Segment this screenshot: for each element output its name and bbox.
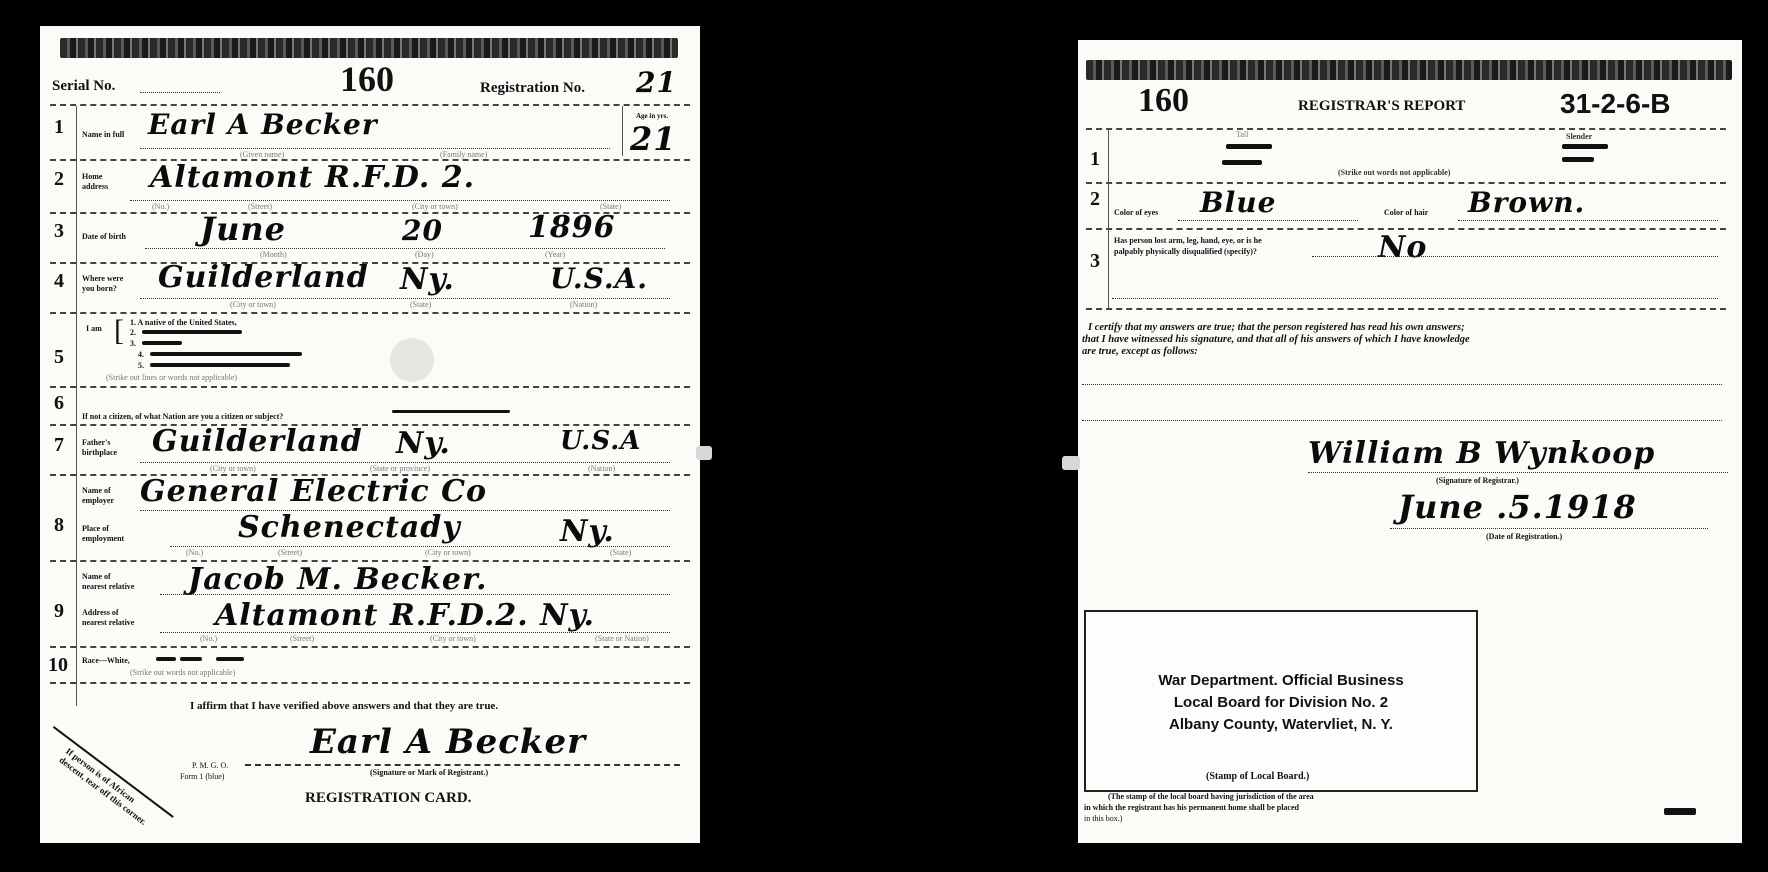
registration-card-front: Serial No. 160 Registration No. 21 1 Nam… xyxy=(40,26,700,843)
birth-day-value: 20 xyxy=(402,214,443,247)
employer-value: General Electric Co xyxy=(140,474,487,509)
disability-dots-2 xyxy=(1112,298,1718,299)
ink-mark xyxy=(1664,808,1696,815)
state-caption: (State or province) xyxy=(370,464,430,473)
strike-out-note: (Strike out words not applicable) xyxy=(1338,168,1450,177)
father-birth-city-value: Guilderland xyxy=(152,424,363,459)
eyes-dots xyxy=(1178,220,1358,221)
form-label: Form 1 (blue) xyxy=(180,772,224,781)
dash-mark xyxy=(392,410,510,413)
place-dots xyxy=(170,546,670,547)
divider xyxy=(50,104,690,106)
nation-caption: (Nation) xyxy=(570,300,597,309)
row-number-8: 8 xyxy=(54,514,64,537)
state-caption: (State) xyxy=(410,300,431,309)
registrar-signature-line xyxy=(1308,472,1728,473)
no-caption: (No.) xyxy=(200,634,217,643)
relative-dots xyxy=(160,594,670,595)
status-option-4: 4. xyxy=(138,350,144,359)
serial-label: Serial No. xyxy=(52,78,115,95)
father-birthplace-label-2: birthplace xyxy=(82,448,117,457)
pmgo-label: P. M. G. O. xyxy=(192,761,228,770)
signature-caption: (Signature or Mark of Registrant.) xyxy=(370,768,488,777)
name-dots xyxy=(140,148,610,149)
strike-out-mark xyxy=(156,657,176,661)
registrars-report-card: 160 REGISTRAR'S REPORT 31-2-6-B 1 Tall S… xyxy=(1078,40,1742,843)
family-name-caption: (Family name) xyxy=(440,150,487,159)
relative-address-value: Altamont R.F.D.2. Ny. xyxy=(215,598,595,633)
home-address-label: Home xyxy=(82,172,102,181)
row-number-column-rule xyxy=(1108,130,1109,310)
home-address-value: Altamont R.F.D. 2. xyxy=(150,160,475,195)
registrant-signature: Earl A Becker xyxy=(310,722,586,762)
street-caption: (Street) xyxy=(290,634,314,643)
row-number-9: 9 xyxy=(54,600,64,623)
full-name-value: Earl A Becker xyxy=(148,108,378,141)
place-of-employment-value: Schenectady xyxy=(238,510,461,545)
hair-dots xyxy=(1458,220,1718,221)
father-birth-nation-value: U.S.A xyxy=(560,426,641,456)
status-option-5: 5. xyxy=(138,361,144,370)
divider xyxy=(1086,182,1726,184)
eye-color-value: Blue xyxy=(1200,186,1276,219)
board-code: 31-2-6-B xyxy=(1560,88,1670,120)
city-caption: (City or town) xyxy=(230,300,276,309)
city-caption: (City or town) xyxy=(210,464,256,473)
birth-state-value: Ny. xyxy=(400,262,455,297)
serial-dots xyxy=(140,92,220,93)
month-caption: (Month) xyxy=(260,250,287,259)
registration-label: Registration No. xyxy=(480,80,585,97)
date-caption: (Date of Registration.) xyxy=(1486,532,1562,541)
father-dots xyxy=(140,462,670,463)
hair-color-value: Brown. xyxy=(1468,186,1585,219)
row-number-3: 3 xyxy=(1090,250,1100,273)
slender-label: Slender xyxy=(1566,132,1592,141)
exception-dots-2 xyxy=(1082,420,1722,421)
name-label: Name in full xyxy=(82,130,124,139)
city-caption: (City or town) xyxy=(430,634,476,643)
no-caption: (No.) xyxy=(186,548,203,557)
father-birth-state-value: Ny. xyxy=(396,426,451,461)
status-option-3: 3. xyxy=(130,339,136,348)
relative-address-label-2: nearest relative xyxy=(82,618,134,627)
disability-label: Has person lost arm, leg, hand, eye, or … xyxy=(1114,236,1262,245)
race-label: Race—White, xyxy=(82,656,130,665)
employer-label-2: employer xyxy=(82,496,114,505)
row-number-10: 10 xyxy=(48,654,68,677)
stamp-note-line-2: in which the registrant has his permanen… xyxy=(1084,803,1299,812)
disability-dots xyxy=(1312,256,1718,257)
status-option-2: 2. xyxy=(130,328,136,337)
affirmation-text: I affirm that I have verified above answ… xyxy=(190,700,498,712)
strike-out-mark xyxy=(150,352,302,356)
given-name-caption: (Given name) xyxy=(240,150,284,159)
registrar-signature: William B Wynkoop xyxy=(1308,436,1655,471)
place-of-employment-label: Place of xyxy=(82,524,109,533)
row-number-6: 6 xyxy=(54,392,64,415)
strike-out-mark xyxy=(1562,144,1608,149)
row-number-2: 2 xyxy=(1090,188,1100,211)
row-number-4: 4 xyxy=(54,270,64,293)
nearest-relative-label-2: nearest relative xyxy=(82,582,134,591)
strike-out-mark xyxy=(1222,160,1262,165)
strike-out-mark xyxy=(1226,144,1272,149)
stamp-line-1: War Department. Official Business xyxy=(1086,670,1476,692)
signature-line xyxy=(245,764,680,766)
disability-value: No xyxy=(1378,230,1427,265)
row-number-2: 2 xyxy=(54,168,64,191)
serial-number: 160 xyxy=(1138,82,1189,120)
registration-number: 21 xyxy=(636,66,677,99)
strike-out-mark xyxy=(142,330,242,334)
home-address-label-2: address xyxy=(82,182,108,191)
bracket: [ xyxy=(114,314,124,348)
strike-out-mark xyxy=(142,341,182,345)
birth-year-value: 1896 xyxy=(528,210,616,245)
year-caption: (Year) xyxy=(545,250,565,259)
race-note: (Strike out words not applicable) xyxy=(130,668,235,677)
no-caption: (No.) xyxy=(152,202,169,211)
divider xyxy=(1086,308,1726,310)
address-dots xyxy=(130,200,670,201)
relative-address-label: Address of xyxy=(82,608,119,617)
city-caption: (City or town) xyxy=(425,548,471,557)
binder-clip xyxy=(696,446,712,460)
serial-number: 160 xyxy=(340,58,394,100)
birthplace-dots xyxy=(140,298,670,299)
disability-label-2: palpably physically disqualified (specif… xyxy=(1114,247,1257,256)
place-of-employment-label-2: employment xyxy=(82,534,124,543)
nearest-relative-label: Name of xyxy=(82,572,111,581)
strike-out-mark xyxy=(216,657,244,661)
row-number-1: 1 xyxy=(1090,148,1100,171)
stamp-note-line-3: in this box.) xyxy=(1084,814,1122,823)
stamp-note-line-1: (The stamp of the local board having jur… xyxy=(1108,792,1314,801)
citizenship-label: If not a citizen, of what Nation are you… xyxy=(82,412,283,421)
row-number-7: 7 xyxy=(54,434,64,457)
row-number-1: 1 xyxy=(54,116,64,139)
registrar-signature-caption: (Signature of Registrar.) xyxy=(1436,476,1519,485)
certification-line-2: that I have witnessed his signature, and… xyxy=(1082,334,1470,345)
strike-out-mark xyxy=(150,363,290,367)
certification-line-3: are true, except as follows: xyxy=(1082,346,1198,357)
birthplace-label: Where were xyxy=(82,274,123,283)
watermark-smudge xyxy=(390,338,434,382)
state-caption: (State) xyxy=(610,548,631,557)
father-birthplace-label: Father's xyxy=(82,438,110,447)
stamp-line-2: Local Board for Division No. 2 xyxy=(1086,692,1476,714)
eye-color-label: Color of eyes xyxy=(1114,208,1158,217)
nearest-relative-value: Jacob M. Becker. xyxy=(188,562,488,597)
dob-dots xyxy=(145,248,665,249)
place-state-value: Ny. xyxy=(560,514,615,549)
stamp-caption: (Stamp of Local Board.) xyxy=(1206,772,1309,781)
corner-note: If person is of African descent, tear of… xyxy=(57,746,158,830)
city-caption: (City or town) xyxy=(412,202,458,211)
registration-date: June .5.1918 xyxy=(1398,488,1637,526)
local-board-stamp-box: War Department. Official Business Local … xyxy=(1084,610,1478,792)
relative-address-dots xyxy=(160,632,670,633)
birth-month-value: June xyxy=(200,210,286,248)
divider xyxy=(50,312,690,314)
row-number-5: 5 xyxy=(54,346,64,369)
tall-label: Tall xyxy=(1236,130,1248,139)
employer-label: Name of xyxy=(82,486,111,495)
strike-out-note: (Strike out lines or words not applicabl… xyxy=(106,373,237,382)
divider xyxy=(1086,128,1726,130)
age-value: 21 xyxy=(630,120,677,158)
certification-line-1: I certify that my answers are true; that… xyxy=(1088,322,1465,333)
birthplace-label-2: you born? xyxy=(82,284,117,293)
hair-color-label: Color of hair xyxy=(1384,208,1428,217)
nation-caption: (Nation) xyxy=(588,464,615,473)
divider xyxy=(50,682,690,684)
strike-out-mark xyxy=(180,657,202,661)
status-option-1: 1. A native of the United States, xyxy=(130,318,237,327)
exception-dots xyxy=(1082,384,1722,385)
binder-clip xyxy=(1062,456,1080,470)
card-header-banner xyxy=(60,38,678,58)
row-number-column-rule xyxy=(76,106,77,706)
state-caption: (State or Nation) xyxy=(595,634,649,643)
divider xyxy=(50,386,690,388)
row-number-3: 3 xyxy=(54,220,64,243)
stamp-line-3: Albany County, Watervliet, N. Y. xyxy=(1086,714,1476,736)
date-of-birth-label: Date of birth xyxy=(82,232,126,241)
i-am-label: I am xyxy=(86,324,102,333)
birth-city-value: Guilderland xyxy=(158,260,369,295)
report-title: REGISTRAR'S REPORT xyxy=(1298,98,1465,115)
divider xyxy=(50,646,690,648)
street-caption: (Street) xyxy=(278,548,302,557)
strike-out-mark xyxy=(1562,157,1594,162)
card-header-banner xyxy=(1086,60,1732,80)
birth-nation-value: U.S.A. xyxy=(550,262,648,295)
day-caption: (Day) xyxy=(415,250,434,259)
registration-card-title: REGISTRATION CARD. xyxy=(305,790,471,807)
date-line xyxy=(1390,528,1708,529)
age-box-rule xyxy=(622,106,623,156)
